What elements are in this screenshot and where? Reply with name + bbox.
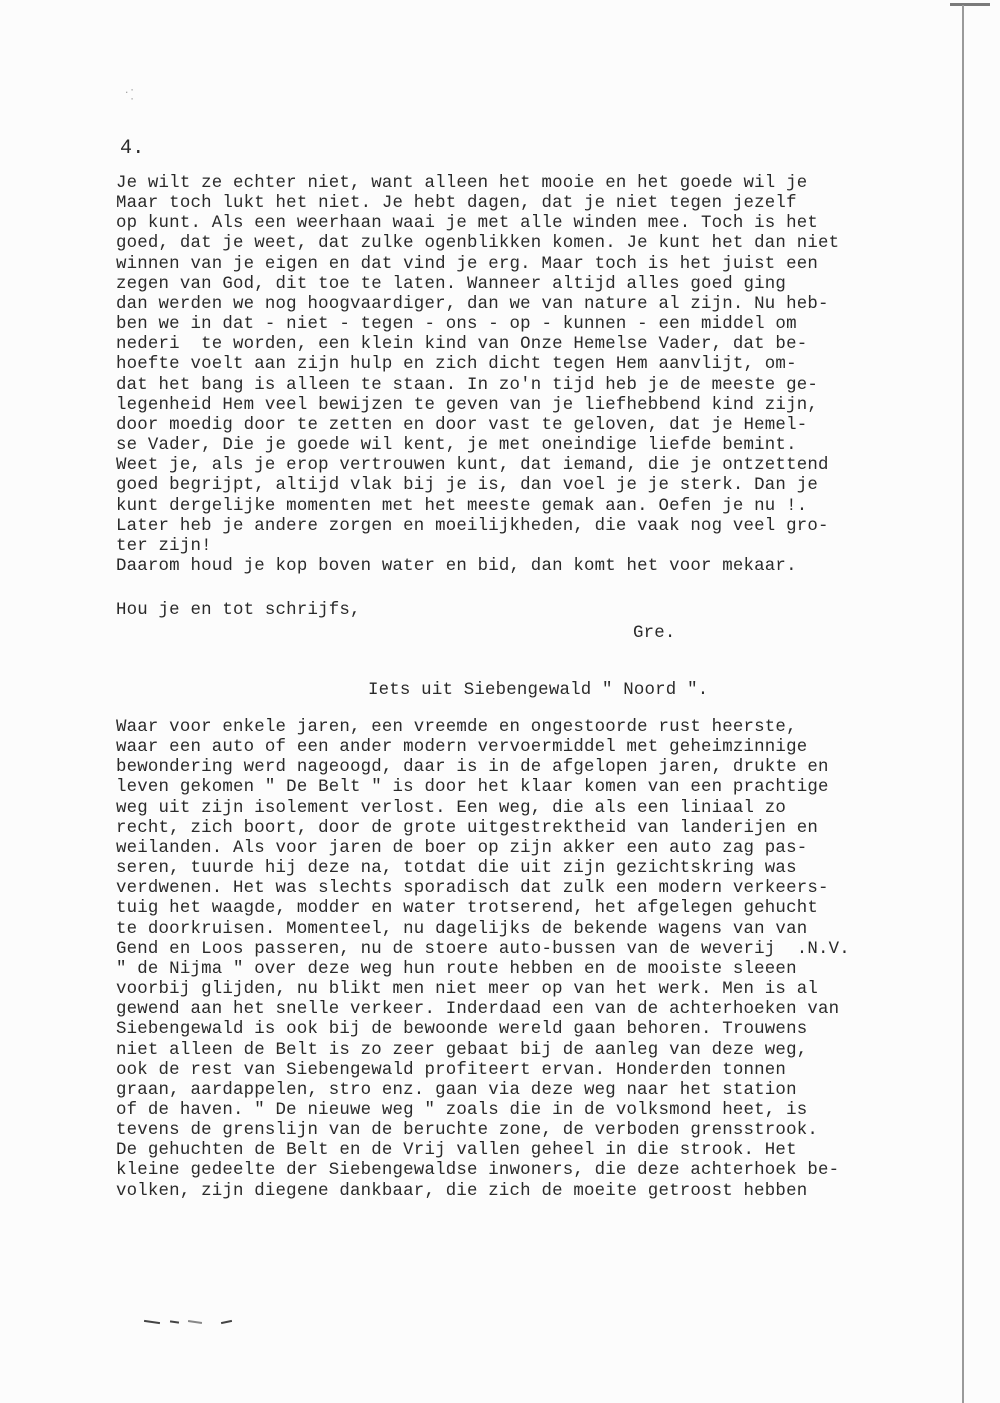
text-line: graan, aardappelen, stro enz. gaan via d… [116, 1081, 850, 1101]
text-line: kleine gedeelte der Siebengewaldse inwon… [116, 1161, 850, 1181]
text-line: De gehuchten de Belt en de Vrij vallen g… [116, 1141, 850, 1161]
text-line: winnen van je eigen en dat vind je erg. … [116, 255, 839, 275]
text-line: door moedig door te zetten en door vast … [116, 416, 839, 436]
text-line: ook de rest van Siebengewald profiteert … [116, 1061, 850, 1081]
text-line: zegen van God, dit toe te laten. Wanneer… [116, 275, 839, 295]
letter-body: Je wilt ze echter niet, want alleen het … [116, 174, 839, 577]
ink-specks: .· · [124, 87, 144, 107]
text-line: seren, tuurde hij deze na, totdat die ui… [116, 859, 850, 879]
text-line: ben we in dat - niet - tegen - ons - op … [116, 315, 839, 335]
text-line: tevens de grenslijn van de beruchte zone… [116, 1121, 850, 1141]
text-line: Gend en Loos passeren, nu de stoere auto… [116, 940, 850, 960]
text-line: Maar toch lukt het niet. Je hebt dagen, … [116, 194, 839, 214]
text-line: Waar voor enkele jaren, een vreemde en o… [116, 718, 850, 738]
text-line: kunt dergelijke momenten met het meeste … [116, 497, 839, 517]
text-line: Later heb je andere zorgen en moeilijkhe… [116, 517, 839, 537]
text-line: se Vader, Die je goede wil kent, je met … [116, 436, 839, 456]
text-line: nederi te worden, een klein kind van Onz… [116, 335, 839, 355]
text-line: te doorkruisen. Momenteel, nu dagelijks … [116, 920, 850, 940]
text-line: goed, dat je weet, dat zulke ogenblikken… [116, 234, 839, 254]
text-line: weilanden. Als voor jaren de boer op zij… [116, 839, 850, 859]
page-edge-tab [950, 3, 990, 6]
text-line: weg uit zijn isolement verlost. Een weg,… [116, 799, 850, 819]
text-line: dat het bang is alleen te staan. In zo'n… [116, 376, 839, 396]
text-line: gewend aan het snelle verkeer. Inderdaad… [116, 1000, 850, 1020]
text-line: Weet je, als je erop vertrouwen kunt, da… [116, 456, 839, 476]
text-line: of de haven. " De nieuwe weg " zoals die… [116, 1101, 850, 1121]
text-line: " de Nijma " over deze weg hun route heb… [116, 960, 850, 980]
article-title: Iets uit Siebengewald " Noord ". [368, 681, 708, 700]
letter-signature: Gre. [633, 624, 676, 643]
text-line: bewondering werd nageoogd, daar is in de… [116, 758, 850, 778]
text-line: goed begrijpt, altijd vlak bij je is, da… [116, 476, 839, 496]
text-line: Siebengewald is ook bij de bewoonde were… [116, 1020, 850, 1040]
article-body: Waar voor enkele jaren, een vreemde en o… [116, 718, 850, 1202]
text-line: recht, zich boort, door de grote uitgest… [116, 819, 850, 839]
text-line: waar een auto of een ander modern vervoe… [116, 738, 850, 758]
text-line: Daarom houd je kop boven water en bid, d… [116, 557, 839, 577]
text-line: tuig het waagde, modder en water trotser… [116, 899, 850, 919]
text-line: op kunt. Als een weerhaan waai je met al… [116, 214, 839, 234]
text-line: leven gekomen " De Belt " is door het kl… [116, 778, 850, 798]
text-line: ter zijn! [116, 537, 839, 557]
footer-dash-marks [144, 1318, 254, 1326]
text-line: voorbij glijden, nu blikt men niet meer … [116, 980, 850, 1000]
typewritten-page: .· · 4. Je wilt ze echter niet, want all… [0, 0, 1000, 1403]
text-line: dan werden we nog hoogvaardiger, dan we … [116, 295, 839, 315]
page-right-edge [962, 5, 964, 1403]
text-line: legenheid Hem veel bewijzen te geven van… [116, 396, 839, 416]
text-line: Je wilt ze echter niet, want alleen het … [116, 174, 839, 194]
page-number: 4. [120, 137, 144, 160]
text-line: verdwenen. Het was slechts sporadisch da… [116, 879, 850, 899]
letter-closing: Hou je en tot schrijfs, [116, 601, 361, 621]
text-line: volken, zijn diegene dankbaar, die zich … [116, 1182, 850, 1202]
text-line: hoefte voelt aan zijn hulp en zich dicht… [116, 355, 839, 375]
text-line: niet alleen de Belt is zo zeer gebaat bi… [116, 1041, 850, 1061]
